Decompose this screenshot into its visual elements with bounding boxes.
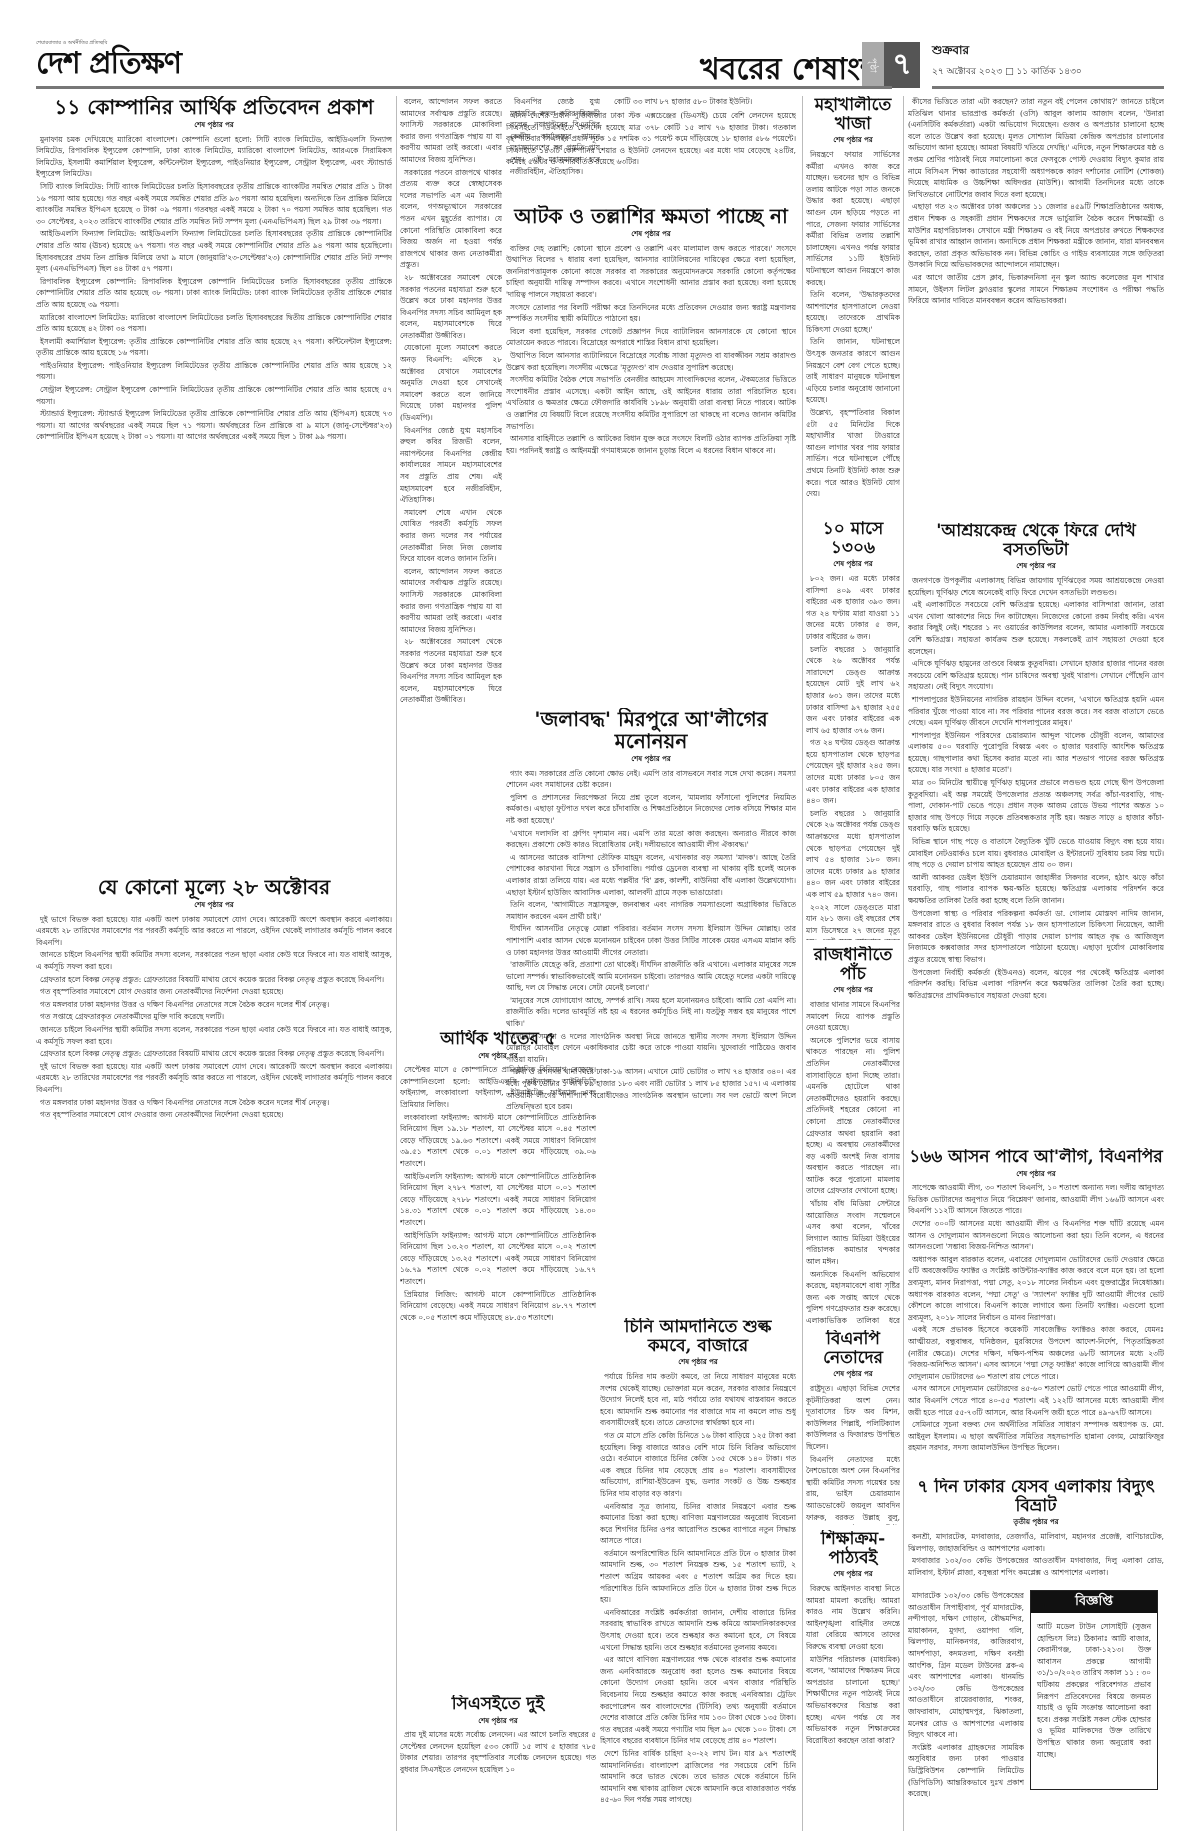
paragraph: ব্যক্তির দেহ তল্লাশি; কোনো স্থানে প্রবেশ… bbox=[506, 243, 796, 301]
date-block: শুক্রবার ২৭ অক্টোবর ২০২৩ □ ১১ কার্তিক ১৪… bbox=[932, 42, 1082, 79]
paragraph: দুই ভাগে বিভক্ত করা হয়েছে। যার একটি অংশ… bbox=[36, 1061, 392, 1096]
paragraph: বলেন, আন্দোলন সফল করতে আমাদের সর্বাত্মক … bbox=[400, 96, 502, 166]
paragraph: জানতে চাইলে বিএনপির স্থায়ী কমিটির সদস্য… bbox=[36, 949, 392, 972]
continued-label: তৃতীয় পৃষ্ঠার পর bbox=[908, 1516, 1164, 1528]
paragraph: অন্যদিকে বিএনপি অভিযোগ করেছে, মহাসমাবেশে… bbox=[806, 1269, 900, 1326]
headline: শিক্ষাক্রম-পাঠ্যবই bbox=[806, 1530, 900, 1567]
column-divider bbox=[903, 96, 904, 1831]
headline: ১১ কোম্পানির আর্থিক প্রতিবেদন প্রকাশ bbox=[36, 96, 392, 118]
paragraph: এদিন দেশের প্রধান পুঁজিবাজার ঢাকা স্টক এ… bbox=[506, 110, 796, 168]
paragraph: মাত্র ৩০ মিনিটের স্থায়ীত্বে ঘূর্ণিঝড় হ… bbox=[908, 777, 1164, 835]
paragraph: জনগণকে উপকূলীয় এলাকাসহ বিভিন্ন জায়গায়… bbox=[908, 575, 1164, 598]
paragraph: সংসদীয় কমিটির বৈঠক শেষে সভাপতি বেনজীর আ… bbox=[506, 374, 796, 432]
article-mirpur: 'জলাবদ্ধ' মিরপুরে আ'লীগের মনোনয়ন শেষ পৃ… bbox=[506, 708, 796, 1308]
day-of-week: শুক্রবার bbox=[932, 42, 1082, 62]
paragraph: উল্লেখ্য, বৃহস্পতিবার বিকাল ৫টা ৫৫ মিনিট… bbox=[806, 407, 900, 500]
paragraph: শাপলাপুর ইউনিয়ন পরিষদের চেয়ারম্যান আব্… bbox=[908, 730, 1164, 776]
paragraph: গত ২৪ ঘণ্টায় ডেঙ্গু আক্রান্ত হয়ে হাসপা… bbox=[806, 737, 900, 807]
paragraph: দেশে চিনির বার্ষিক চাহিদা ২০-২২ লাখ টন। … bbox=[600, 1748, 796, 1806]
paragraph: দেশের ৩০০টি আসনের মধ্যে আওয়ামী লীগ ও বি… bbox=[908, 1218, 1164, 1253]
paragraph: এসব আসনে দোদুল্যমান ভোটারদের ৪৫-৬০ শতাংশ… bbox=[908, 1383, 1164, 1418]
continued-label: শেষ পৃষ্ঠার পর bbox=[806, 984, 900, 996]
paragraph: ইসলামী কমার্শিয়াল ইন্স্যুরেন্স: তৃতীয় … bbox=[36, 336, 392, 359]
paragraph: এ আসনের আরেক বাসিন্দা তৌফিক মাহমুদ বলেন,… bbox=[506, 852, 796, 898]
paragraph: এছাড়া গত ২৩ অক্টোবর ঢাকা অঞ্চলের ১১ জেল… bbox=[908, 201, 1164, 271]
continued-label: শেষ পৃষ্ঠার পর bbox=[806, 134, 900, 146]
paragraph: একই সঙ্গে প্রভাবক হিসেবে কয়েকটি সাবজেক্… bbox=[908, 1324, 1164, 1382]
paragraph: সেমিনারে সূচনা বক্তব্য দেন অর্থনীতির সমি… bbox=[908, 1419, 1164, 1454]
header-divider-right bbox=[932, 86, 1164, 89]
paragraph: এই এলাকাটিতে সবচেয়ে বেশি ক্ষতিগ্রস্ত হয… bbox=[908, 599, 1164, 657]
paragraph: পাইওনিয়ার ইন্স্যুরেন্স: পাইওনিয়ার ইন্স… bbox=[36, 360, 392, 383]
public-notice-box: বিজ্ঞপ্তি আটি মডেল টাউন সোসাইটি (সুজন হো… bbox=[1030, 1590, 1158, 1790]
column-divider bbox=[396, 96, 397, 1831]
headline: আটক ও তল্লাশির ক্ষমতা পাচ্ছে না bbox=[506, 205, 796, 227]
paragraph: তিনি বলেন, 'উদ্ধারকৃতদের আশপাশের হাসপাতা… bbox=[806, 289, 900, 335]
continued-label: শেষ পৃষ্ঠার পর bbox=[36, 119, 392, 131]
notice-title: বিজ্ঞপ্তি bbox=[1031, 1591, 1157, 1613]
continued-label: শেষ পৃষ্ঠার পর bbox=[400, 1715, 596, 1727]
paragraph: গত মঙ্গলবার ঢাকা মহানগর উত্তর ও দক্ষিণ ব… bbox=[36, 1097, 392, 1109]
paragraph: 'এখানে দলাদলি বা গ্রুপিং দৃশ্যমান নয়। এ… bbox=[506, 828, 796, 851]
paragraph: বলেন, আন্দোলন সফল করতে আমাদের সর্বাত্মক … bbox=[400, 566, 502, 636]
paragraph: এলাকার সমস্যা ও দলের সাংগঠনিক অবস্থা নিয… bbox=[506, 1031, 796, 1066]
paragraph: গ্যাং কম। সরকারের প্রতি কোনো ক্ষোভ নেই। … bbox=[506, 768, 796, 791]
paragraph: বিরুদ্ধে আইনগত ব্যবস্থা নিতে আমরা মামলা … bbox=[806, 1583, 900, 1653]
paragraph: তিনি জানান, ঘটনাস্থলে উৎসুক জনতার কারণে … bbox=[806, 336, 900, 406]
paragraph: পল্লবী ও রূপনগর থানা ঘিরে ঢাকা-১৬ আসন। এ… bbox=[506, 1066, 796, 1112]
paragraph: সংশ্লিষ্ট এলাকার গ্রাহকদের সাময়িক অসুবি… bbox=[908, 1742, 1024, 1800]
paragraph: উপজেলা নির্বাহী কর্মকর্তা (ইউএনও) বলেন, … bbox=[908, 967, 1164, 1002]
article-mohakhali: মহাখালীতে খাজা শেষ পৃষ্ঠার পর নিয়ন্ত্রণ… bbox=[806, 96, 900, 516]
paragraph: রিপাবলিক ইন্স্যুরেন্স কোম্পানি: রিপাবলিক… bbox=[36, 276, 392, 311]
paragraph: কীসের ভিত্তিতে তারা এটা করছেন? তারা নতুন… bbox=[908, 96, 1164, 200]
paragraph: কনশ্রী, মাদারটেক, মগবাজার, তেজগাঁও, মালি… bbox=[908, 1531, 1164, 1554]
paragraph: চলতি বছরের ১ জানুয়ারি থেকে ২৬ অক্টোবর প… bbox=[806, 808, 900, 901]
paragraph: ২৮ অক্টোবরের সমাবেশ থেকে সরকার পতনের মহা… bbox=[400, 272, 502, 342]
newspaper-logo: শেয়ারবাজার ও অর্থনীতির প্রতিচ্ছবি দেশ প… bbox=[36, 40, 181, 80]
paragraph: গত মে মাসে প্রতি কেজি চিনিতে ১৬ টাকা বাড… bbox=[600, 1430, 796, 1500]
paragraph: স্ট্যান্ডার্ড ইন্স্যুরেন্স: স্ট্যান্ডার্… bbox=[36, 408, 392, 443]
paragraph: বাজার থানার সামনে বিএনপির সমাবেশ নিয়ে ব… bbox=[806, 999, 900, 1034]
article-power-outage: ৭ দিন ঢাকার যেসব এলাকায় বিদ্যুৎ বিভ্রাট… bbox=[908, 1478, 1164, 1588]
paragraph: সরকারের পতনে রাজপথে থাকার প্রত্যয় ব্যক্… bbox=[400, 167, 502, 271]
publication-date: ২৭ অক্টোবর ২০২৩ □ ১১ কার্তিক ১৪৩০ bbox=[932, 64, 1082, 79]
continued-label: শেষ পৃষ্ঠার পর bbox=[806, 558, 900, 570]
paragraph: প্রায় দুই মাসের মধ্যে সর্বোচ্চ লেনদেন। … bbox=[400, 1729, 596, 1775]
paragraph: মাদারটেক ১৩২/৩৩ কেভি উপকেন্দ্রের আওতাধীন… bbox=[908, 1590, 1024, 1741]
continued-label: শেষ পৃষ্ঠার পর bbox=[908, 560, 1164, 572]
paragraph: সংসদে তোলার পর বিলটি পরীক্ষা করে তিনদিনে… bbox=[506, 302, 796, 325]
article-rajdhani: রাজধানীতে পাঁচ শেষ পৃষ্ঠার পর বাজার থানা… bbox=[806, 946, 900, 1326]
continued-label: শেষ পৃষ্ঠার পর bbox=[506, 753, 796, 765]
continued-label: শেষ পৃষ্ঠার পর bbox=[36, 899, 392, 911]
paragraph: আলী আকবর ডেইল ইউপি চেয়ারম্যান জাহাঙ্গীর… bbox=[908, 872, 1164, 907]
paragraph: দুই ভাগে বিভক্ত করা হয়েছে। যার একটি অংশ… bbox=[36, 914, 392, 949]
paragraph: গত মঙ্গলবার ঢাকা মহানগর উত্তর ও দক্ষিণ ব… bbox=[36, 999, 392, 1011]
paragraph: এর আগে জাতীয় প্রেস ক্লাব, ভিকারুননিসা ন… bbox=[908, 272, 1164, 307]
paragraph: গ্রেফতার হলে বিকল্প নেতৃত্ব প্রস্তুত: গ্… bbox=[36, 1048, 392, 1060]
paragraph: উপজেলা স্বাস্থ্য ও পরিবার পরিকল্পনা কর্ম… bbox=[908, 908, 1164, 966]
article-sugar: চিনি আমদানিতে শুল্ক কমবে, বাজারে শেষ পৃষ… bbox=[600, 1318, 796, 1828]
headline: ১৬৬ আসন পাবে আ'লীগ, বিএনপির bbox=[908, 1148, 1164, 1167]
paragraph: দীর্ঘদিন আসনটির নেতৃত্বে মোল্লা পরিবার। … bbox=[506, 923, 796, 958]
paragraph: বর্তমানে অপরিশোধিত চিনি আমদানিতে প্রতি ট… bbox=[600, 1548, 796, 1606]
article-cse-two: সিএসইতে দুই শেষ পৃষ্ঠার পর প্রায় দুই মা… bbox=[400, 1695, 596, 1835]
paragraph: উত্থাপিত বিলে আনসার ব্যাটালিয়নে বিদ্রোহ… bbox=[506, 350, 796, 373]
headline: 'জলাবদ্ধ' মিরপুরে আ'লীগের মনোনয়ন bbox=[506, 708, 796, 752]
headline: চিনি আমদানিতে শুল্ক কমবে, বাজারে bbox=[600, 1318, 796, 1355]
paragraph: তিনি বলেন, 'আগামীতে সন্ত্রাসমুক্ত, জনবান… bbox=[506, 899, 796, 922]
paragraph: সমাবেশ শেষে এখান থেকে ঘোষিত পরবর্তী কর্ম… bbox=[400, 507, 502, 565]
paragraph: বিএনপির জ্যেষ্ঠ যুগ্ম মহাসচিব রুহুল কবির… bbox=[400, 425, 502, 506]
paragraph: খাঁচায় বাঁধ মিডিয়া সেন্টারে আয়োজিত সং… bbox=[806, 1198, 900, 1268]
headline: ৭ দিন ঢাকার যেসব এলাকায় বিদ্যুৎ বিভ্রাট bbox=[908, 1478, 1164, 1515]
paragraph: গ্রেফতার হলে বিকল্প নেতৃত্ব প্রস্তুত: গ্… bbox=[36, 974, 392, 986]
headline: 'আশ্রয়কেন্দ্র থেকে ফিরে দেখি বসতভিটা bbox=[908, 522, 1164, 559]
headline: রাজধানীতে পাঁচ bbox=[806, 946, 900, 983]
paragraph: পর্যায়ে চিনির দাম কতটা কমবে, তা নিয়ে স… bbox=[600, 1371, 796, 1429]
column-divider bbox=[802, 96, 803, 1831]
paragraph: অনেকে পুলিশের ভয়ে বাসায় থাকতে পারছেন ন… bbox=[806, 1035, 900, 1197]
paragraph: এনবিআরের সংশ্লিষ্ট কর্মকর্তারা জানান, দে… bbox=[600, 1607, 796, 1653]
paragraph: এর আগে বাণিজ্য মন্ত্রণালয়ের পক্ষ থেকে ব… bbox=[600, 1654, 796, 1747]
masthead: শেয়ারবাজার ও অর্থনীতির প্রতিচ্ছবি দেশ প… bbox=[0, 0, 1200, 88]
paragraph: গত বৃহস্পতিবার সমাবেশে যোগ দেওয়ার জন্য … bbox=[36, 1109, 392, 1121]
paragraph: কোটি ৩৩ লাখ ৮৭ হাজার ৫৮০ টাকার ইউনিট। bbox=[610, 96, 800, 108]
headline: সিএসইতে দুই bbox=[400, 1695, 596, 1714]
paragraph: পুলিশ ও প্রশাসনের নিরপেক্ষতা নিয়ে প্রশ্… bbox=[506, 792, 796, 827]
continued-label: শেষ পৃষ্ঠার পর bbox=[806, 1368, 900, 1380]
paragraph: 'মানুষের সঙ্গে যোগাযোগ আছে, সম্পর্ক রাখি… bbox=[506, 995, 796, 1030]
paragraph: ২৮ অক্টোবরের সমাবেশ থেকে সরকার পতনের মহা… bbox=[400, 636, 502, 706]
paragraph: জানতে চাইলে বিএনপির স্থায়ী কমিটির সদস্য… bbox=[36, 1024, 392, 1047]
paragraph: মাউশির পরিচালক (মাধ্যমিক) বলেন, 'আমাদের … bbox=[806, 1654, 900, 1747]
paragraph: সেন্ট্রাল ইন্স্যুরেন্স: সেন্ট্রাল ইন্স্য… bbox=[36, 384, 392, 407]
continued-label: শেষ পৃষ্ঠার পর bbox=[600, 1356, 796, 1368]
paragraph: রাষ্ট্রদূত। এছাড়া বিভিন্ন দেশের কূটনীতি… bbox=[806, 1383, 900, 1453]
paragraph: শাপলাপুরের ইউনিয়নের নাগরিক রায়হান উদ্দ… bbox=[908, 694, 1164, 729]
paragraph: গত বৃহস্পতিবার সমাবেশে যোগ দেওয়ার জন্য … bbox=[36, 986, 392, 998]
continued-label: শেষ পৃষ্ঠার পর bbox=[806, 1568, 900, 1580]
paragraph: 'রাজনীতি যেহেতু করি, প্রত্যাশা তো থাকেই।… bbox=[506, 959, 796, 994]
page-number: ৭ bbox=[884, 42, 920, 88]
paragraph: সাপেক্ষে আওয়ামী লীগ, ৩০ শতাংশ বিএনপি, ১… bbox=[908, 1182, 1164, 1217]
paragraph: বিএনপি নেতাদের মধ্যে নৈশভোজে অংশ নেন বিএ… bbox=[806, 1454, 900, 1525]
paragraph: অধ্যাপক আবুল বারকাত বলেন, এবারের দোদুল্য… bbox=[908, 1254, 1164, 1324]
paragraph: সিটি ব্যাংক লিমিটেড: সিটি ব্যাংক লিমিটেড… bbox=[36, 181, 392, 227]
continued-label: শেষ পৃষ্ঠার পর bbox=[506, 228, 796, 240]
paragraph: ম্যারিকো বাংলাদেশ লিমিটেড: ম্যারিকো বাংল… bbox=[36, 312, 392, 335]
brand-name: দেশ প্রতিক্ষণ bbox=[36, 48, 181, 80]
headline: ১০ মাসে ১৩০৬ bbox=[806, 520, 900, 557]
page-label: পৃষ্ঠা bbox=[862, 42, 884, 88]
paragraph: আনসার বাহিনীতে তল্লাশি ও আটকের বিধান যুক… bbox=[506, 433, 796, 456]
paragraph: বিভিন্ন স্থানে গাছ পড়ে ও বাতাসে বৈদ্যুত… bbox=[908, 836, 1164, 871]
article-seats: ১৬৬ আসন পাবে আ'লীগ, বিএনপির শেষ পৃষ্ঠার … bbox=[908, 1148, 1164, 1478]
paragraph: চলতি বছরের ১ জানুয়ারি থেকে ২৬ অক্টোবর প… bbox=[806, 644, 900, 737]
paragraph: মগবাজার ১৩২/৩৩ কেভি উপকেন্দ্রের আওতাধীন … bbox=[908, 1555, 1164, 1578]
paragraph: মুনাফায় চমক দেখিয়েছে ম্যারিকো বাংলাদেশ… bbox=[36, 134, 392, 180]
headline: বিএনপি নেতাদের bbox=[806, 1330, 900, 1367]
header-divider bbox=[36, 86, 892, 89]
article-curriculum: শিক্ষাক্রম-পাঠ্যবই শেষ পৃষ্ঠার পর বিরুদ্… bbox=[806, 1530, 900, 1830]
paragraph: নিয়ন্ত্রণে ফায়ার সার্ভিসের কর্মীরা এখন… bbox=[806, 149, 900, 288]
paragraph: এদিকে ঘূর্ণিঝড় হামুনের তাণ্ডবে বিধ্বস্ত… bbox=[908, 658, 1164, 693]
article-arrest-search: আটক ও তল্লাশির ক্ষমতা পাচ্ছে না শেষ পৃষ্… bbox=[506, 205, 796, 700]
article-shelter: 'আশ্রয়কেন্দ্র থেকে ফিরে দেখি বসতভিটা শে… bbox=[908, 522, 1164, 1142]
headline: যে কোনো মূল্যে ২৮ অক্টোবর bbox=[36, 876, 392, 898]
notice-body: আটি মডেল টাউন সোসাইটি (সুজন হোল্ডিংস লিঃ… bbox=[1031, 1613, 1157, 1768]
paragraph: যেকোনো মূল্যে সমাবেশ করতে অনড় বিএনপি: এ… bbox=[400, 342, 502, 423]
article-dengue: ১০ মাসে ১৩০৬ শেষ পৃষ্ঠার পর ৮০২ জন। এর ম… bbox=[806, 520, 900, 940]
paragraph: এনবিআর সূত্র জানায়, চিনির বাজার নিয়ন্ত… bbox=[600, 1501, 796, 1547]
article-bnp-leaders: বিএনপি নেতাদের শেষ পৃষ্ঠার পর রাষ্ট্রদূত… bbox=[806, 1330, 900, 1525]
continued-label: শেষ পৃষ্ঠার পর bbox=[908, 1168, 1164, 1180]
article-oct28: যে কোনো মূল্যে ২৮ অক্টোবর শেষ পৃষ্ঠার পর… bbox=[36, 876, 392, 1826]
headline: মহাখালীতে খাজা bbox=[806, 96, 900, 133]
article-cse-dse: এদিন দেশের প্রধান পুঁজিবাজার ঢাকা স্টক এ… bbox=[506, 110, 796, 202]
paragraph: ২০২২ সালে ডেঙ্গুতে মারা যান ২৮১ জন। ওই ব… bbox=[806, 902, 900, 940]
article-curriculum-top: কীসের ভিত্তিতে তারা এটা করছেন? তারা নতুন… bbox=[908, 96, 1164, 516]
paragraph: গত সপ্তাহে গ্রেফতারকৃত নেতাকর্মীদের মুক্… bbox=[36, 1011, 392, 1023]
paragraph: আইডিএলসি ফিন্যান্স লিমিটেড: আইডিএলসি ফিন… bbox=[36, 228, 392, 274]
article-power-outage-areas: মাদারটেক ১৩২/৩৩ কেভি উপকেন্দ্রের আওতাধীন… bbox=[908, 1590, 1024, 1830]
paragraph: বিলে বলা হয়েছিল, সরকার গেজেট প্রজ্ঞাপন … bbox=[506, 326, 796, 349]
article-financial-reports: ১১ কোম্পানির আর্থিক প্রতিবেদন প্রকাশ শেষ… bbox=[36, 96, 392, 866]
paragraph: ৮০২ জন। এর মধ্যে ঢাকার বাসিন্দা ৪০৯ এবং … bbox=[806, 573, 900, 643]
